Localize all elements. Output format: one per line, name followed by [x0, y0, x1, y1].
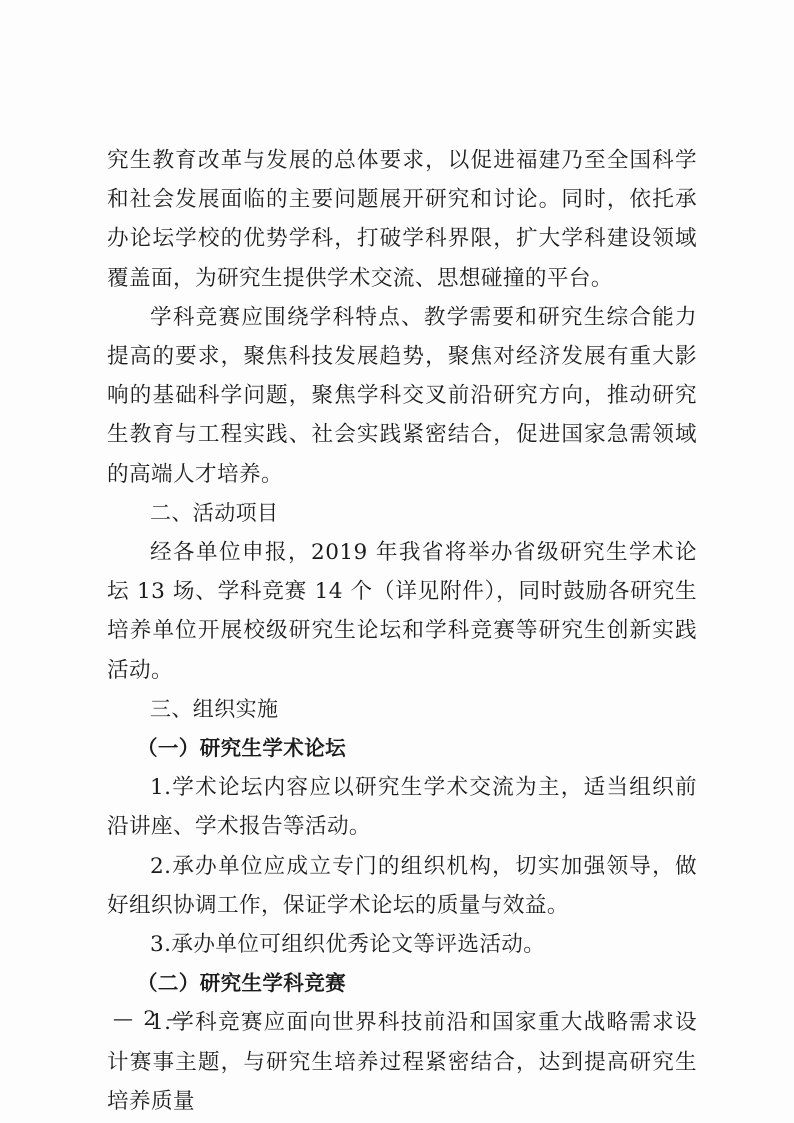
- paragraph-forum-item-1: 1.学术论坛内容应以研究生学术交流为主，适当组织前沿讲座、学术报告等活动。: [107, 768, 697, 846]
- paragraph-activities: 经各单位申报，2019 年我省将举办省级研究生学术论坛 13 场、学科竞赛 14…: [107, 533, 697, 690]
- paragraph-competition-item-1: 1.学科竞赛应面向世界科技前沿和国家重大战略需求设计赛事主题，与研究生培养过程紧…: [107, 1003, 697, 1121]
- paragraph-forum-item-3: 3.承办单位可组织优秀论文等评选活动。: [107, 925, 697, 964]
- subsection-heading-forum: （一）研究生学术论坛: [107, 729, 697, 768]
- section-heading-implementation: 三、组织实施: [107, 690, 697, 729]
- paragraph-intro-continuation: 究生教育改革与发展的总体要求，以促进福建乃至全国科学和社会发展面临的主要问题展开…: [107, 141, 697, 298]
- document-body: 究生教育改革与发展的总体要求，以促进福建乃至全国科学和社会发展面临的主要问题展开…: [107, 141, 697, 1121]
- page-number: — 2 —: [113, 1006, 188, 1030]
- document-page: 究生教育改革与发展的总体要求，以促进福建乃至全国科学和社会发展面临的主要问题展开…: [0, 0, 794, 1123]
- section-heading-activities: 二、活动项目: [107, 494, 697, 533]
- subsection-heading-competition: （二）研究生学科竞赛: [107, 964, 697, 1003]
- paragraph-competition-focus: 学科竞赛应围绕学科特点、教学需要和研究生综合能力提高的要求，聚焦科技发展趋势，聚…: [107, 298, 697, 494]
- paragraph-forum-item-2: 2.承办单位应成立专门的组织机构，切实加强领导，做好组织协调工作，保证学术论坛的…: [107, 847, 697, 925]
